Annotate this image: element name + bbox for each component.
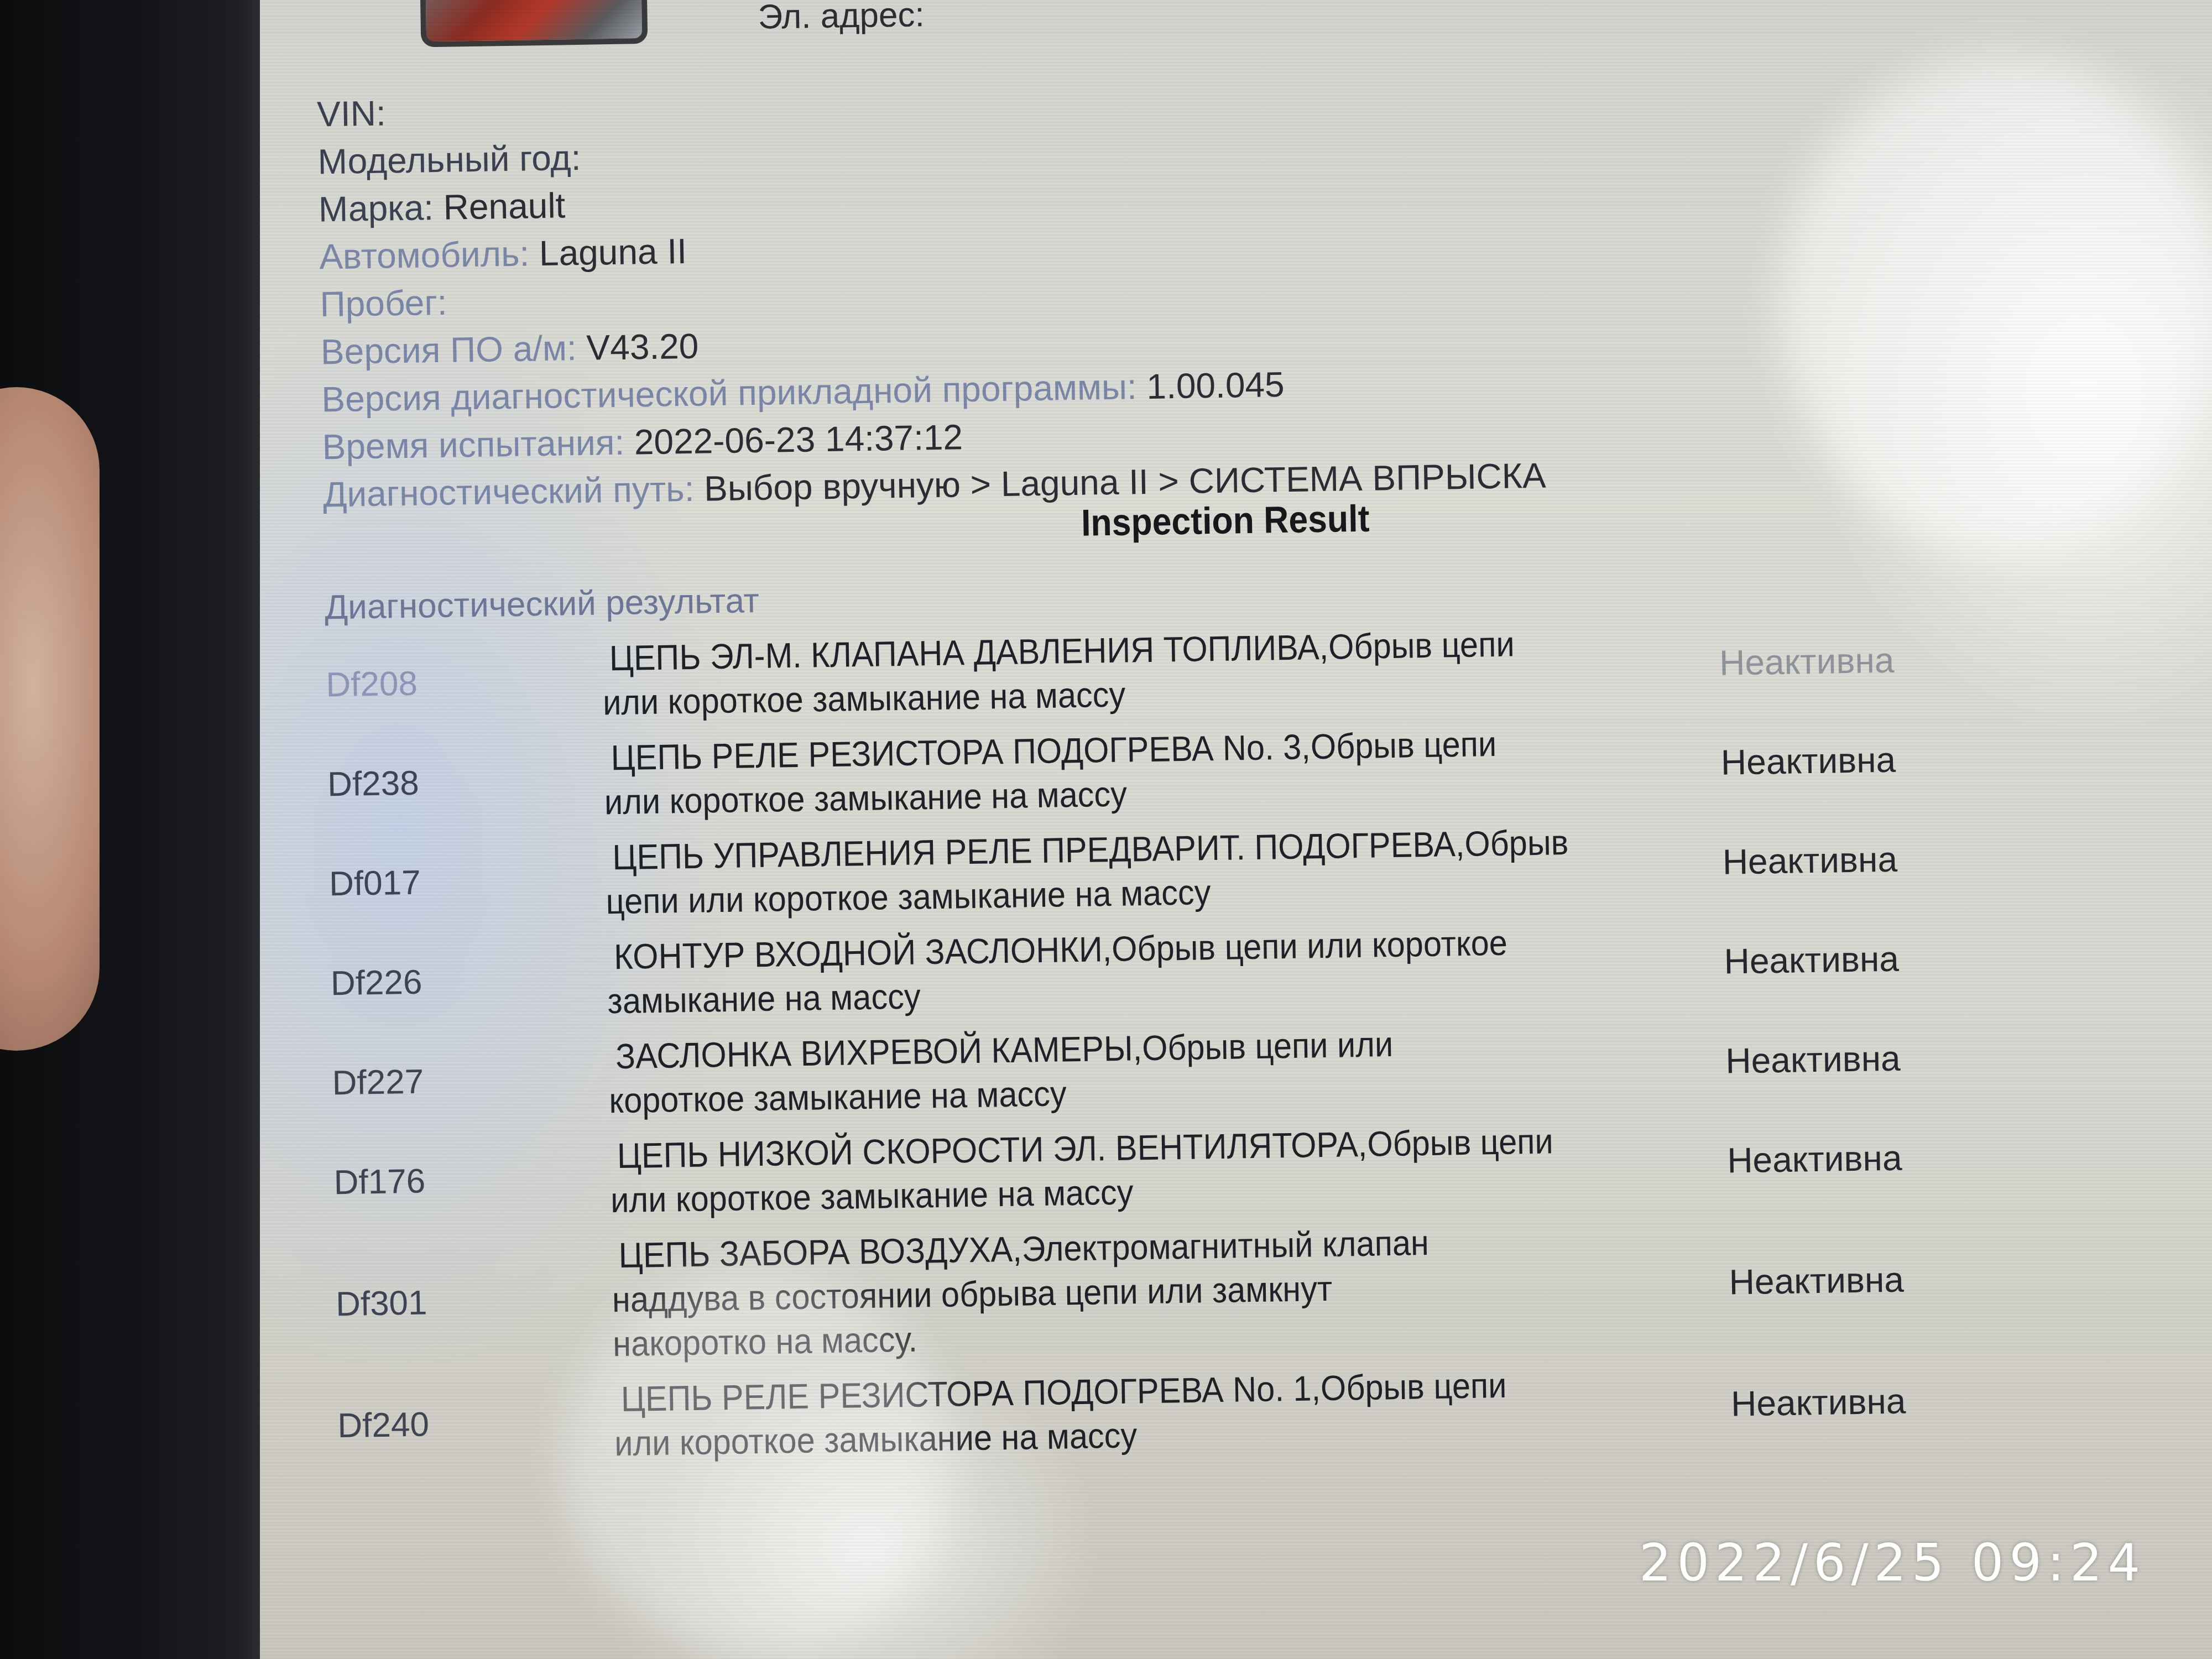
fault-status: Неактивна: [1729, 1259, 1904, 1303]
fault-code: Df176: [333, 1159, 611, 1202]
info-value: 2022-06-23 14:37:12: [634, 417, 963, 462]
report-page: Эл. адрес: VIN: Модельный год: Марка: Re…: [260, 0, 2212, 1659]
fault-description: ЦЕПЬ РЕЛЕ РЕЗИСТОРА ПОДОГРЕВА No. 3,Обры…: [603, 719, 1633, 824]
fault-row: Df208 ЦЕПЬ ЭЛ-М. КЛАПАНА ДАВЛЕНИЯ ТОПЛИВ…: [325, 612, 2151, 729]
info-label: VIN:: [317, 93, 387, 134]
info-label: Пробег:: [320, 283, 447, 325]
fault-status: Неактивна: [1719, 640, 1895, 684]
fault-row: Df176 ЦЕПЬ НИЗКОЙ СКОРОСТИ ЭЛ. ВЕНТИЛЯТО…: [333, 1109, 2159, 1227]
fault-description: ЦЕПЬ НИЗКОЙ СКОРОСТИ ЭЛ. ВЕНТИЛЯТОРА,Обр…: [609, 1118, 1639, 1222]
info-label: Автомобиль:: [319, 233, 530, 276]
fault-code: Df301: [335, 1280, 612, 1324]
tablet-screen: Эл. адрес: VIN: Модельный год: Марка: Re…: [260, 0, 2212, 1659]
info-value: 1.00.045: [1146, 364, 1285, 406]
fault-row: Df227 ЗАСЛОНКА ВИХРЕВОЙ КАМЕРЫ,Обрыв цеп…: [332, 1010, 2158, 1127]
info-label: Версия ПО а/м:: [320, 328, 577, 372]
fault-list: Df208 ЦЕПЬ ЭЛ-М. КЛАПАНА ДАВЛЕНИЯ ТОПЛИВ…: [325, 612, 2163, 1481]
fault-description: ЦЕПЬ ЗАБОРА ВОЗДУХА,Электромагнитный кла…: [611, 1217, 1642, 1366]
finger-holding-tablet: [0, 387, 100, 1051]
info-value: Renault: [443, 185, 566, 227]
fault-description: КОНТУР ВХОДНОЙ ЗАСЛОНКИ,Обрыв цепи или к…: [607, 919, 1636, 1023]
info-label: Время испытания:: [322, 422, 625, 467]
fault-description: ЦЕПЬ УПРАВЛЕНИЯ РЕЛЕ ПРЕДВАРИТ. ПОДОГРЕВ…: [605, 819, 1635, 924]
fault-row: Df240 ЦЕПЬ РЕЛЕ РЕЗИСТОРА ПОДОГРЕВА No. …: [337, 1353, 2163, 1470]
fault-code: Df208: [326, 661, 603, 705]
fault-code: Df227: [332, 1059, 609, 1103]
info-value: V43.20: [586, 326, 699, 368]
fault-description: ЦЕПЬ ЭЛ-М. КЛАПАНА ДАВЛЕНИЯ ТОПЛИВА,Обры…: [602, 620, 1631, 724]
fault-row: Df226 КОНТУР ВХОДНОЙ ЗАСЛОНКИ,Обрыв цепи…: [330, 910, 2156, 1027]
fault-row: Df301 ЦЕПЬ ЗАБОРА ВОЗДУХА,Электромагнитн…: [335, 1209, 2161, 1370]
fault-status: Неактивна: [1722, 839, 1897, 883]
fault-code: Df240: [337, 1402, 614, 1446]
fault-description: ЦЕПЬ РЕЛЕ РЕЗИСТОРА ПОДОГРЕВА No. 1,Обры…: [613, 1361, 1643, 1465]
email-label: Эл. адрес:: [758, 0, 925, 37]
info-value: Laguna II: [539, 231, 687, 273]
vehicle-info-block: VIN: Модельный год: Марка: Renault Автом…: [317, 71, 1547, 519]
fault-status: Неактивна: [1731, 1381, 1906, 1425]
fault-row: Df017 ЦЕПЬ УПРАВЛЕНИЯ РЕЛЕ ПРЕДВАРИТ. ПО…: [328, 811, 2154, 928]
fault-code: Df017: [329, 860, 606, 904]
info-label: Марка:: [318, 187, 434, 229]
info-label: Версия диагностической прикладной програ…: [321, 367, 1137, 419]
fault-code: Df238: [327, 760, 604, 804]
fault-status: Неактивна: [1720, 739, 1896, 783]
fault-status: Неактивна: [1725, 1038, 1901, 1082]
fault-status: Неактивна: [1724, 938, 1899, 982]
fault-description: ЗАСЛОНКА ВИХРЕВОЙ КАМЕРЫ,Обрыв цепи или …: [608, 1018, 1637, 1123]
section-label: Диагностический результат: [325, 581, 760, 627]
fault-code: Df226: [330, 959, 607, 1003]
info-label: Модельный год:: [317, 138, 581, 181]
vehicle-logo-image: [420, 0, 648, 47]
fault-row: Df238 ЦЕПЬ РЕЛЕ РЕЗИСТОРА ПОДОГРЕВА No. …: [327, 711, 2153, 828]
info-label: Диагностический путь:: [322, 469, 694, 515]
report-title: Inspection Result: [1081, 497, 1370, 545]
fault-status: Неактивна: [1727, 1138, 1902, 1181]
camera-timestamp: 2022/6/25 09:24: [1639, 1533, 2146, 1593]
